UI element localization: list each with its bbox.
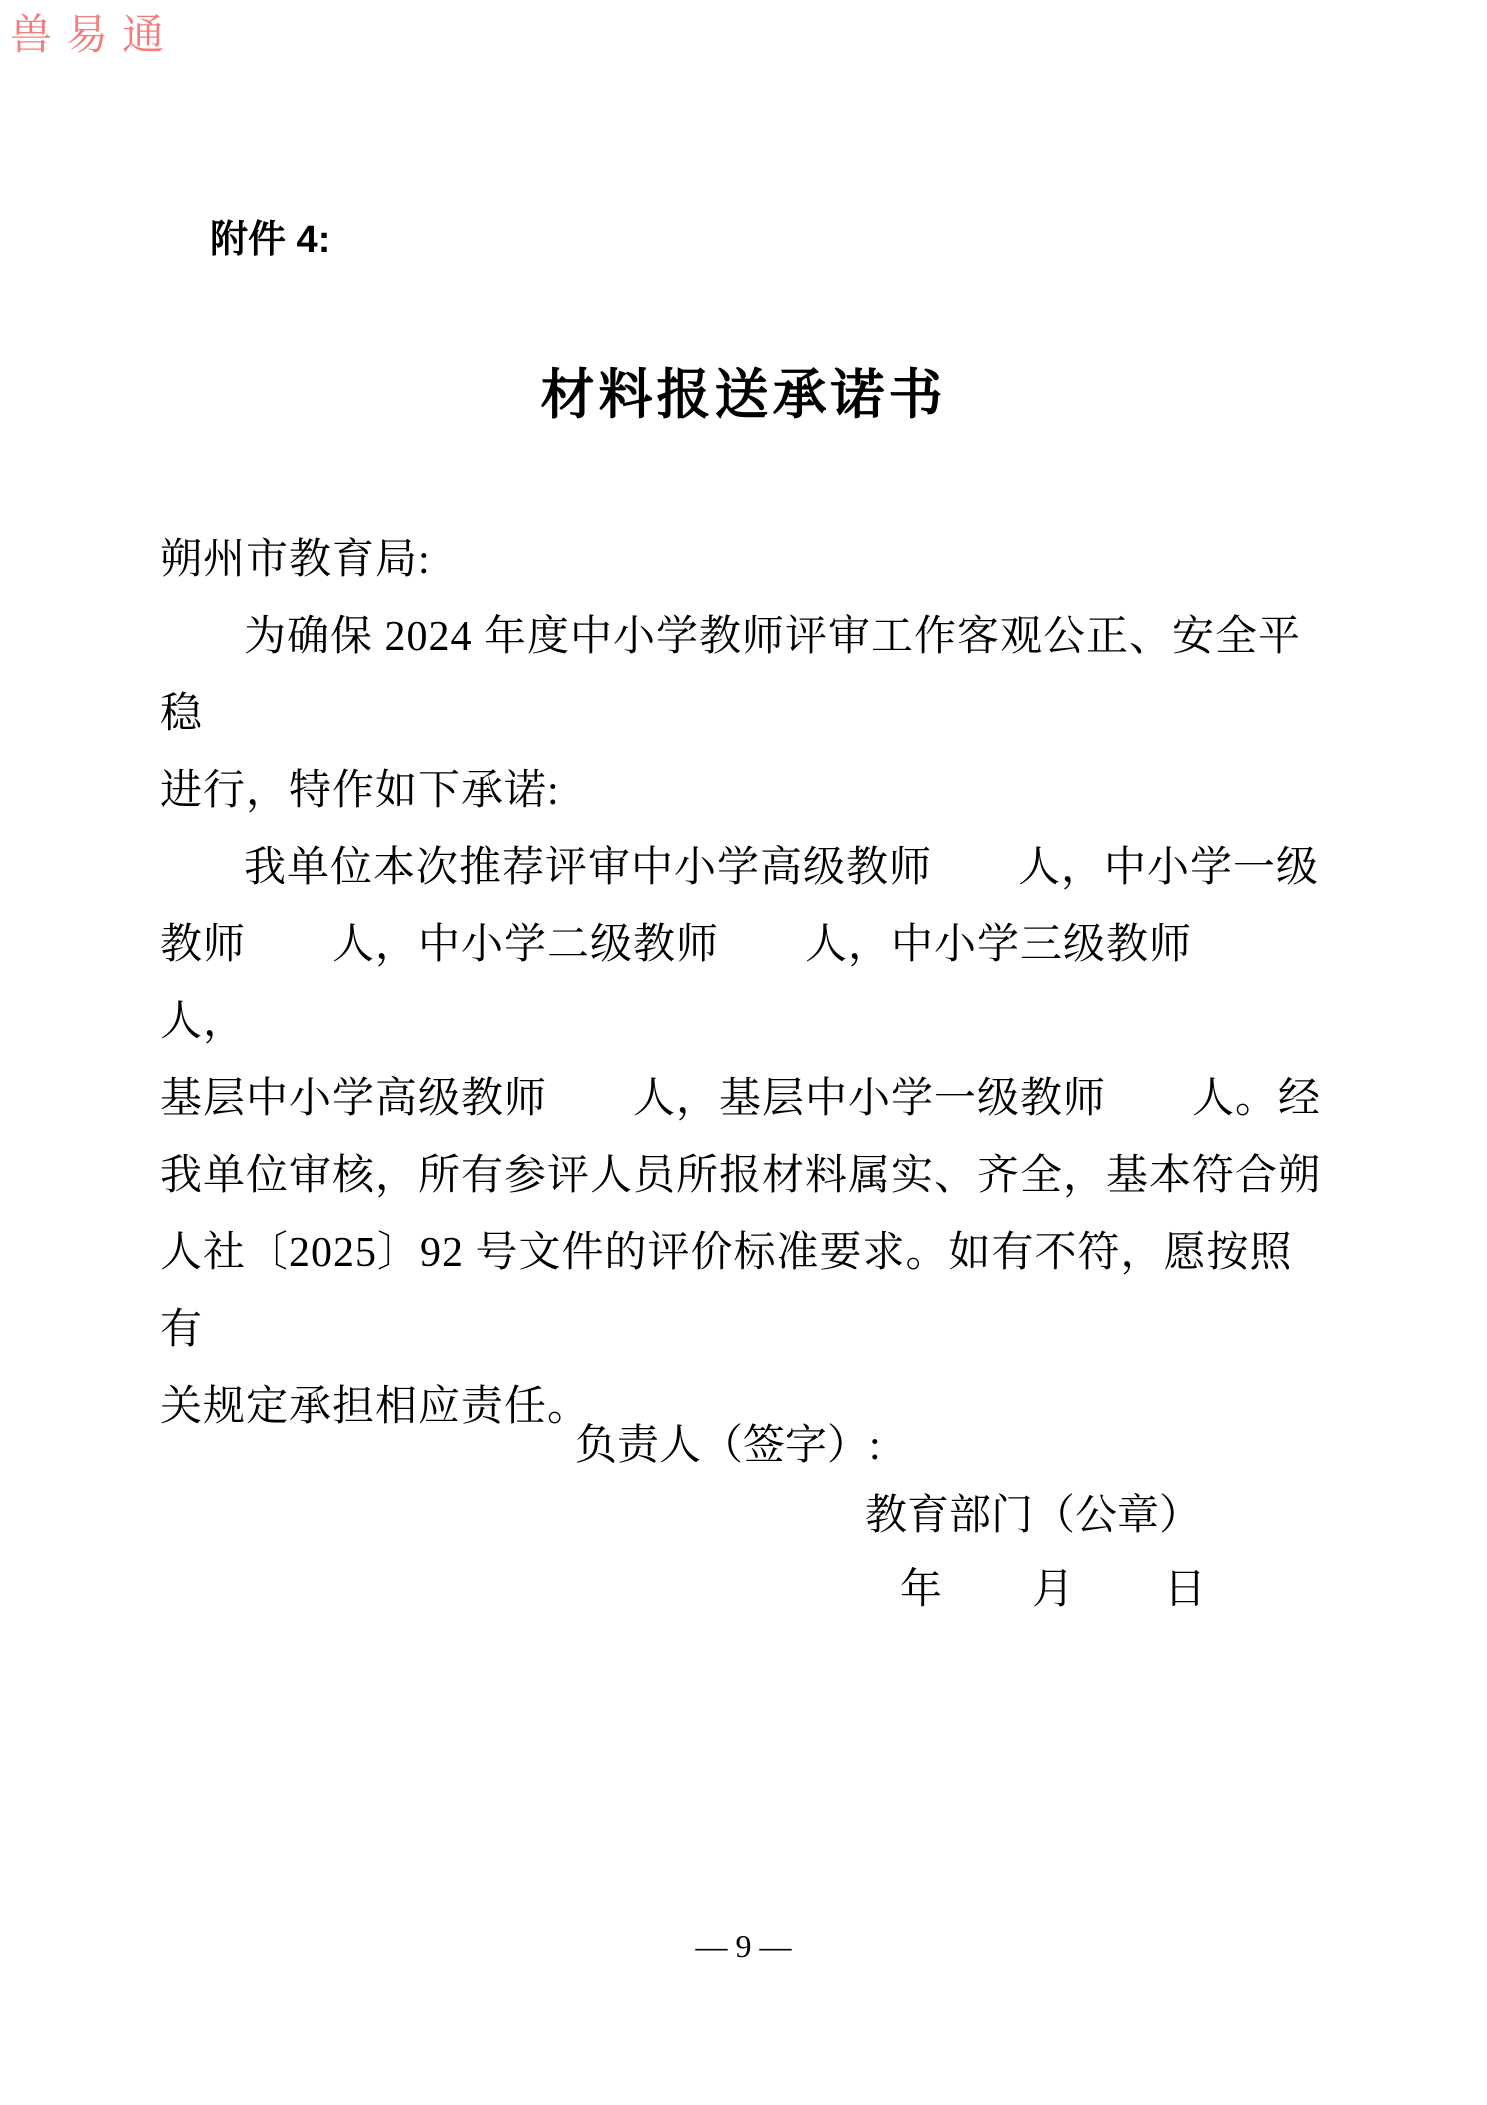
signer-label: 负责人（签字）: [575,1412,881,1472]
paragraph2-line: 基层中小学高级教师 人，基层中小学一级教师 人。经 [160,1061,1332,1138]
paragraph2-line: 人社〔2025〕92 号文件的评价标准要求。如有不符，愿按照有 [160,1215,1332,1369]
paragraph2-line: 我单位审核，所有参评人员所报材料属实、齐全，基本符合朔 [160,1138,1332,1215]
date-label: 年 月 日 [900,1556,1208,1616]
paragraph2-line: 教师 人，中小学二级教师 人，中小学三级教师 人， [160,907,1332,1061]
attachment-label: 附件 4: [210,208,330,263]
watermark-text: 兽易通 [10,2,178,62]
page-number: — 9 — [0,1928,1487,1965]
paragraph2-line: 我单位本次推荐评审中小学高级教师 人，中小学一级 [160,830,1332,907]
salutation-line: 朔州市教育局: [160,522,1332,599]
document-page: 兽易通 附件 4: 材料报送承诺书 朔州市教育局: 为确保 2024 年度中小学… [0,0,1487,2105]
paragraph1-line: 进行，特作如下承诺: [160,753,1332,830]
department-seal-label: 教育部门（公章） [865,1482,1201,1542]
document-title: 材料报送承诺书 [0,352,1487,429]
paragraph1-line: 为确保 2024 年度中小学教师评审工作客观公正、安全平稳 [160,599,1332,753]
document-body: 朔州市教育局: 为确保 2024 年度中小学教师评审工作客观公正、安全平稳 进行… [160,522,1332,1446]
